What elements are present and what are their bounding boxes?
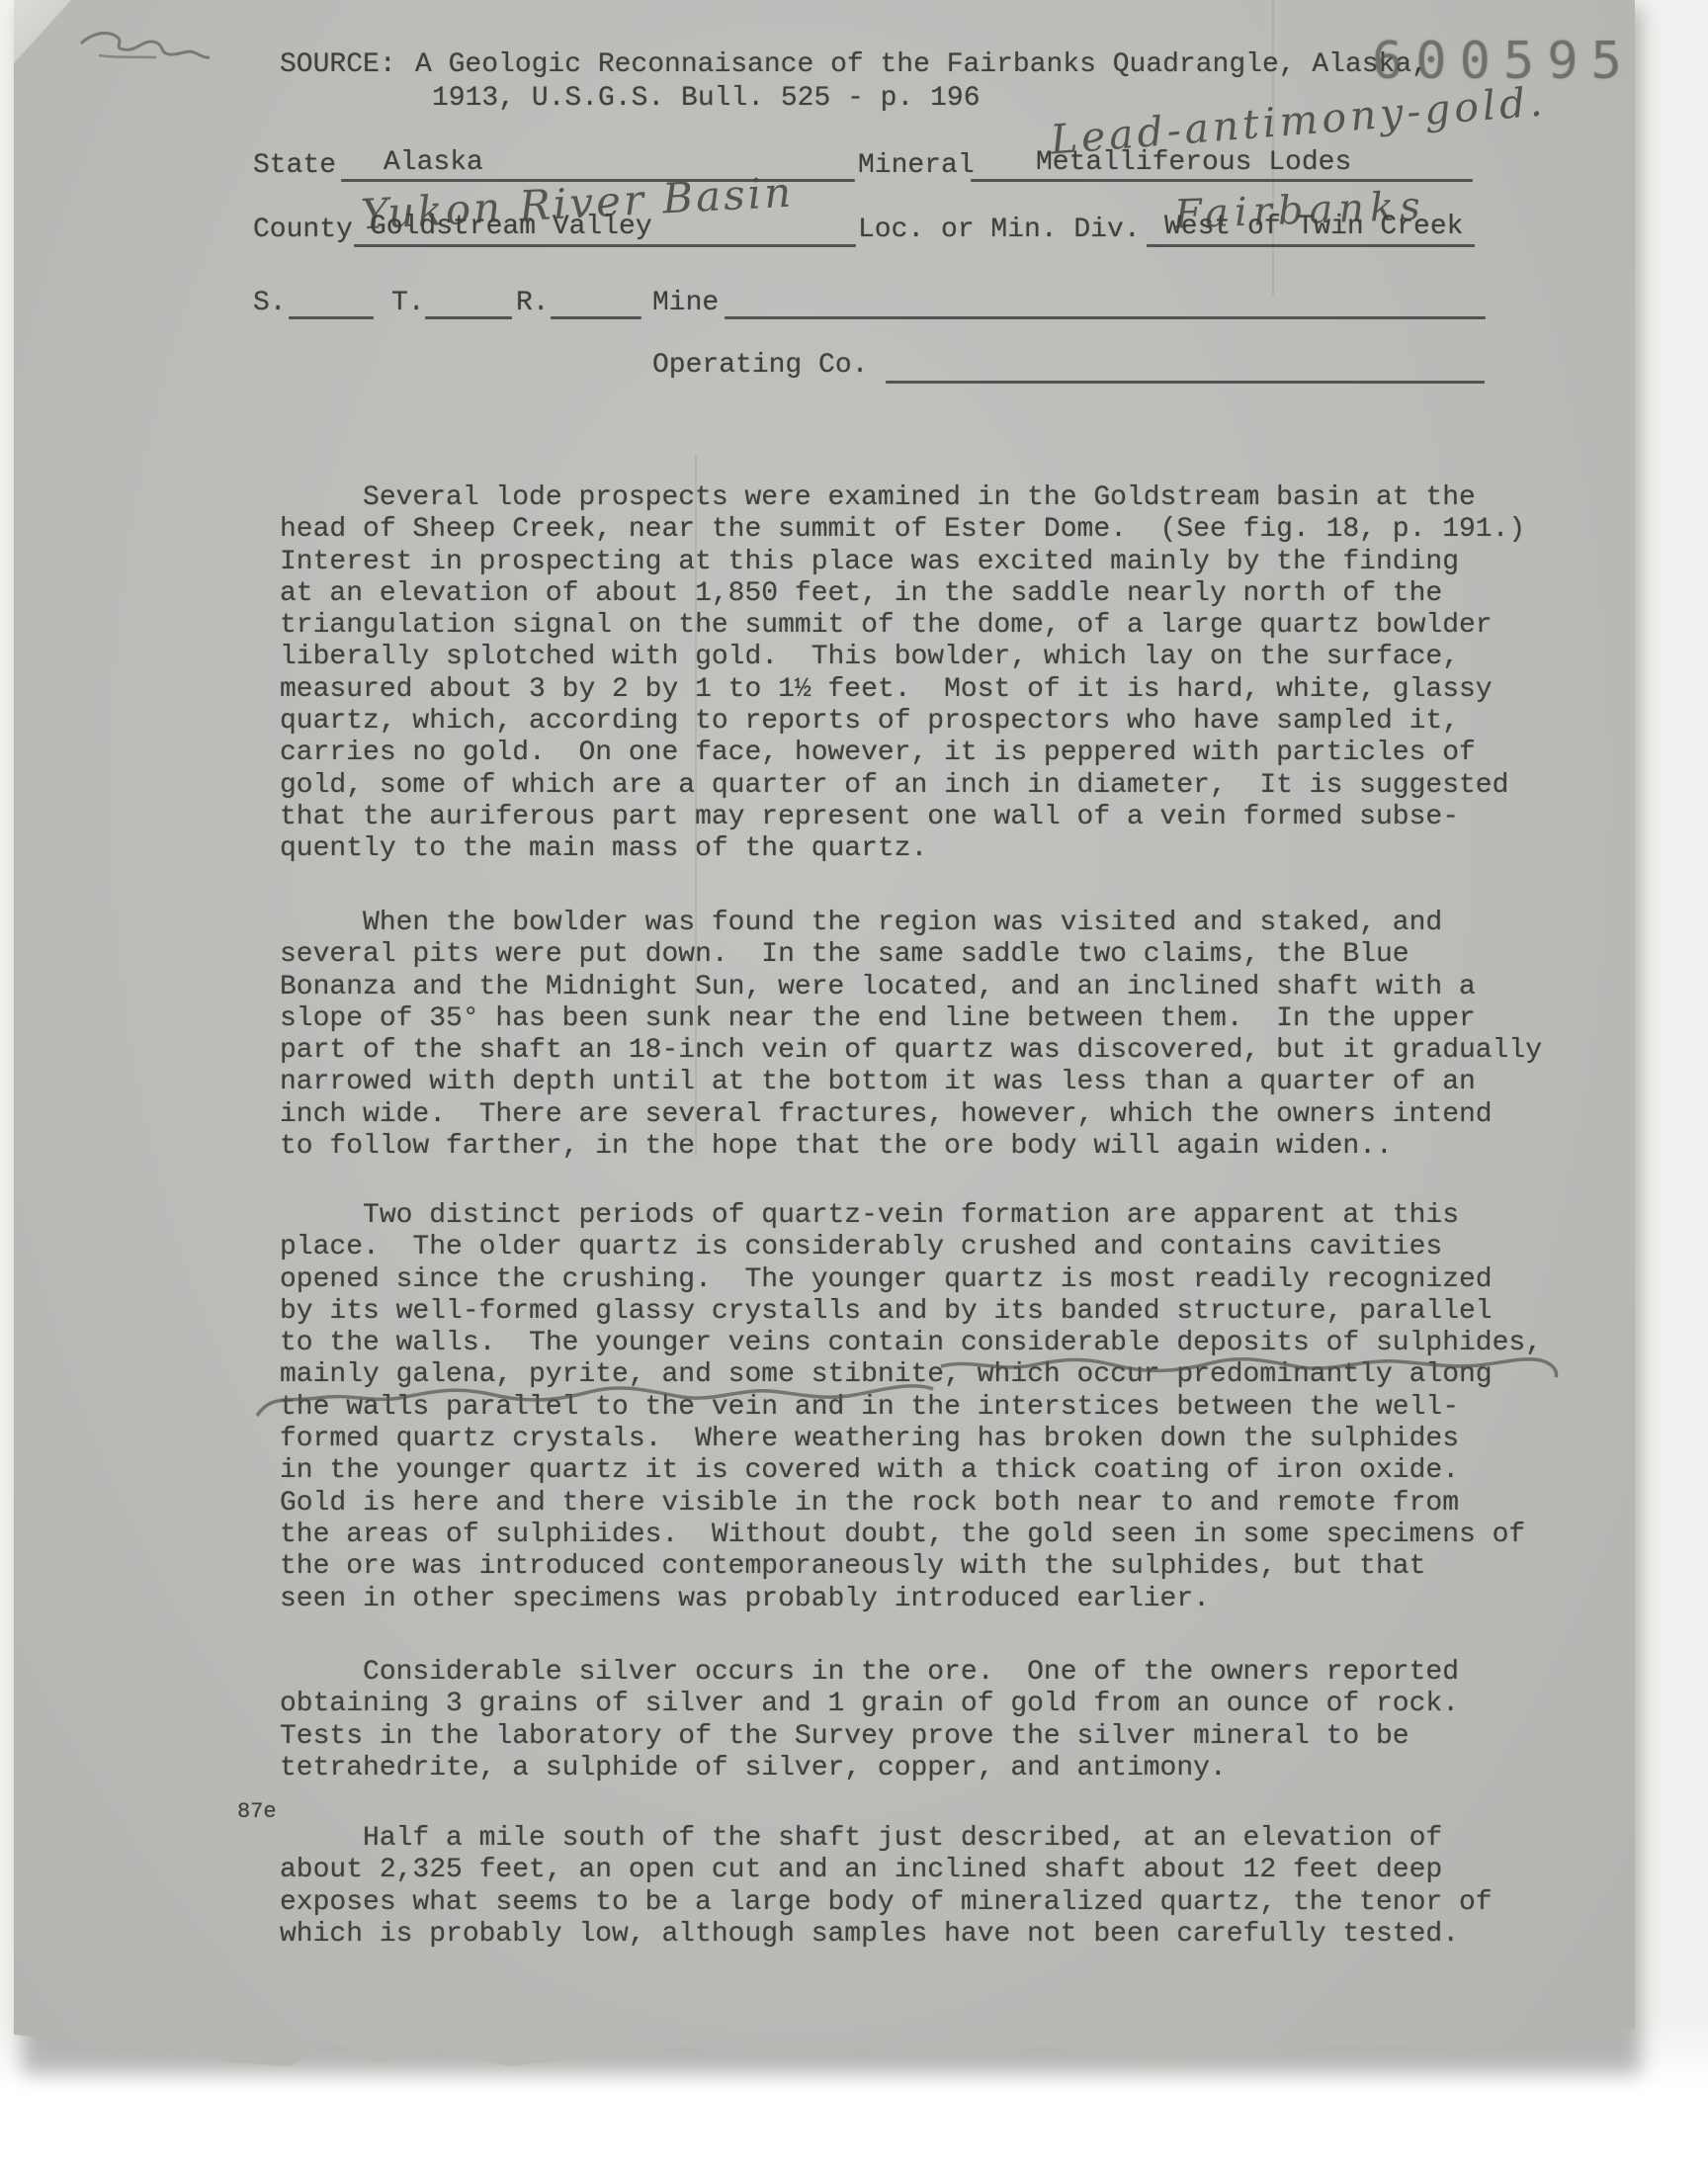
mine-underline	[725, 316, 1486, 319]
section-label: S.	[253, 288, 287, 319]
location-label: Loc. or Min. Div.	[858, 215, 1141, 246]
operating-co-underline	[886, 381, 1485, 384]
mineral-label: Mineral	[858, 150, 975, 182]
paragraph-3: Two distinct periods of quartz-vein form…	[280, 1200, 1542, 1615]
township-label: T.	[391, 288, 425, 319]
mine-label: Mine	[652, 288, 719, 319]
county-label: County	[253, 215, 353, 246]
mineral-underline	[971, 179, 1473, 182]
location-underline	[1147, 244, 1475, 247]
operating-co-label: Operating Co.	[652, 350, 868, 382]
section-underline	[289, 316, 374, 319]
source-title-line1: A Geologic Reconnaisance of the Fairbank…	[415, 49, 1428, 81]
scanned-document-canvas: { "colors": { "paper": "#bcbbb8", "ink":…	[0, 0, 1708, 2175]
range-underline	[551, 316, 641, 319]
paragraph-1: Several lode prospects were examined in …	[280, 482, 1525, 866]
margin-note: 87e	[237, 1796, 277, 1828]
state-label: State	[253, 150, 336, 182]
source-title-line2: 1913, U.S.G.S. Bull. 525 - p. 196	[432, 83, 981, 115]
state-value: Alaska	[384, 147, 483, 179]
county-value: Goldstream Valley	[370, 212, 652, 243]
folded-corner	[14, 0, 73, 65]
township-underline	[425, 316, 512, 319]
paragraph-5: Half a mile south of the shaft just desc…	[280, 1823, 1493, 1951]
source-label: SOURCE:	[280, 49, 396, 81]
location-value: West of Twin Creek	[1164, 212, 1463, 243]
mineral-value: Metalliferous Lodes	[1036, 147, 1351, 179]
paragraph-2: When the bowlder was found the region wa…	[280, 908, 1542, 1163]
county-underline	[354, 244, 856, 247]
paragraph-4: Considerable silver occurs in the ore. O…	[280, 1657, 1459, 1784]
range-label: R.	[516, 288, 550, 319]
